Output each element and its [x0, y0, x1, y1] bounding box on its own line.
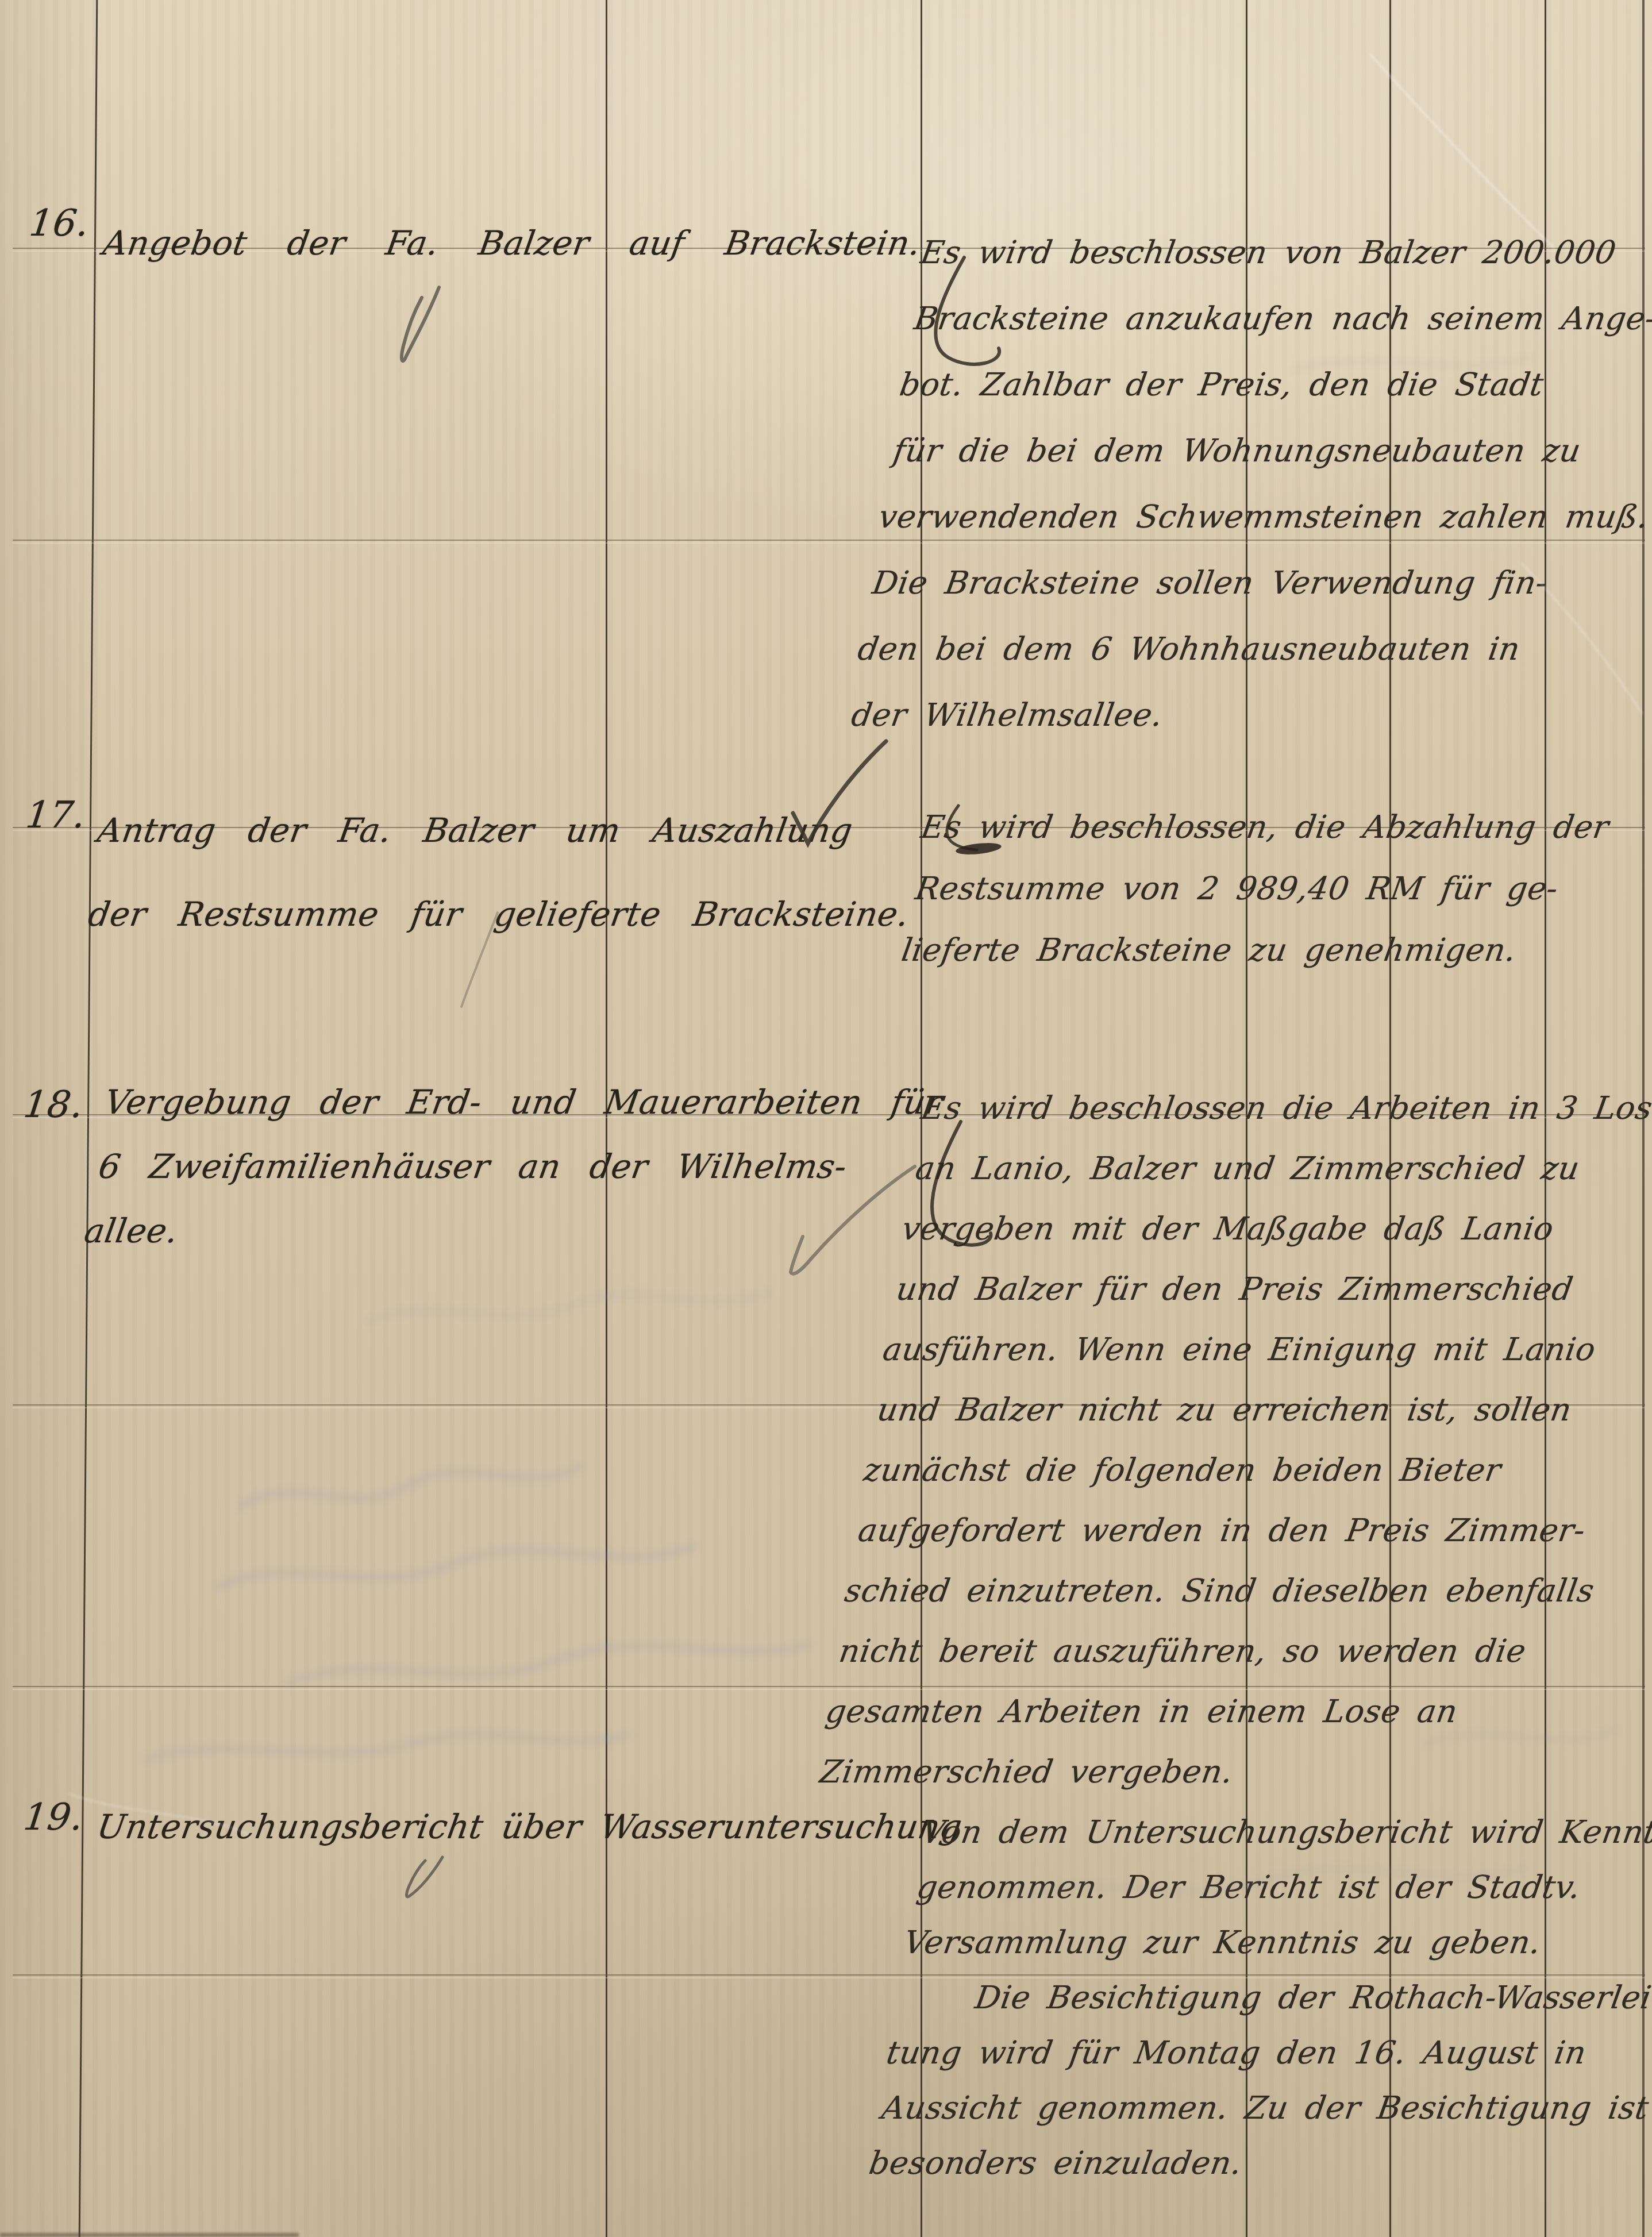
handwritten-line: Die Bracksteine sollen Verwendung fin-	[868, 550, 1595, 616]
handwritten-line: Die Besichtigung der Rothach-Wasserlei-	[895, 1970, 1621, 2025]
handwritten-line: Restsumme von 2 989,40 RM für ge-	[911, 858, 1638, 919]
handwritten-line: gesamten Arbeiten in einem Lose an	[821, 1681, 1552, 1742]
handwritten-line: allee.	[80, 1199, 860, 1263]
handwritten-line: Versammlung zur Kenntnis zu geben.	[900, 1915, 1630, 1970]
handwritten-line: schied einzutreten. Sind dieselben ebenf…	[840, 1561, 1571, 1621]
handwritten-line: ausführen. Wenn eine Einigung mit Lanio	[879, 1319, 1609, 1380]
handwritten-line: verwendenden Schwemmsteinen zahlen muß.	[874, 484, 1605, 550]
handwritten-line: nicht bereit auszuführen, so werden die	[835, 1621, 1562, 1681]
handwritten-line: Von dem Untersuchungsbericht wird Kenntn…	[918, 1804, 1647, 1859]
handwritten-line: Untersuchungsbericht über Wasseruntersuc…	[91, 1789, 770, 1864]
entry-17-number: 17.	[24, 794, 88, 837]
handwritten-line: aufgefordert werden in den Preis Zimmer-	[854, 1500, 1581, 1561]
handwritten-line: der Restsumme für gelieferte Bracksteine…	[82, 872, 856, 956]
handwritten-line: Zimmerschied vergeben.	[815, 1742, 1542, 1802]
handwritten-line: tung wird für Montag den 16. August in	[883, 2025, 1612, 2080]
handwritten-line: genommen. Der Bericht ist der Stadtv.	[913, 1859, 1639, 1915]
handwritten-line: den bei dem 6 Wohnhausneubauten in	[853, 616, 1585, 682]
handwritten-line: Es wird beschlossen, die Abzahlung der	[917, 796, 1647, 858]
handwritten-line: und Balzer für den Preis Zimmerschied	[892, 1259, 1619, 1319]
page-bottom-edge	[0, 2233, 299, 2237]
handwritten-line: bot. Zahlbar der Preis, den die Stadt	[895, 352, 1626, 418]
handwritten-line: Antrag der Fa. Balzer um Auszahlung	[91, 788, 869, 872]
handwritten-line: und Balzer nicht zu erreichen ist, solle…	[873, 1380, 1600, 1440]
handwritten-ledger-page: 16. Angebot der Fa. Balzer auf Brackstei…	[0, 0, 1652, 2237]
handwritten-line: für die bei dem Wohnungsneubauten zu	[888, 418, 1616, 484]
handwritten-line: an Lanio, Balzer und Zimmerschied zu	[911, 1138, 1638, 1199]
entry-17-subject: Antrag der Fa. Balzer um Auszahlungder R…	[78, 788, 869, 956]
entry-16-resolution: Es wird beschlossen von Balzer 200.000Br…	[842, 220, 1647, 748]
handwritten-line: Es wird beschlossen die Arbeiten in 3 Lo…	[917, 1078, 1647, 1138]
entry-19-number: 19.	[21, 1796, 86, 1839]
entry-17-resolution: Es wird beschlossen, die Abzahlung derRe…	[897, 796, 1647, 981]
entry-18-number: 18.	[21, 1084, 86, 1126]
entry-19-subject: Untersuchungsbericht über Wasseruntersuc…	[91, 1789, 770, 1864]
handwritten-line: besonders einzuladen.	[865, 2135, 1595, 2190]
entry-16-number: 16.	[27, 202, 91, 245]
handwritten-line: Aussicht genommen. Zu der Besichtigung i…	[878, 2080, 1604, 2135]
entry-18-resolution: Es wird beschlossen die Arbeiten in 3 Lo…	[811, 1078, 1647, 1802]
handwritten-line: lieferte Bracksteine zu genehmigen.	[897, 919, 1628, 981]
handwritten-line: Bracksteine anzukaufen nach seinem Ange-	[910, 286, 1637, 352]
handwritten-line: 6 Zweifamilienhäuser an der Wilhelms-	[94, 1134, 871, 1199]
check-mark-entry-16	[402, 287, 439, 361]
handwritten-line: vergeben mit der Maßgabe daß Lanio	[898, 1199, 1628, 1259]
handwritten-line: Angebot der Fa. Balzer auf Brackstein.	[97, 200, 915, 286]
handwritten-line: zunächst die folgenden beiden Bieter	[860, 1440, 1591, 1500]
handwritten-line: Es wird beschlossen von Balzer 200.000	[916, 220, 1647, 286]
entry-18-subject: Vergebung der Erd- und Mauerarbeiten für…	[80, 1070, 880, 1263]
entry-19-resolution: Von dem Untersuchungsbericht wird Kenntn…	[865, 1804, 1647, 2190]
handwritten-line: Vergebung der Erd- und Mauerarbeiten für	[100, 1070, 880, 1134]
handwritten-line: der Wilhelmsallee.	[846, 682, 1574, 748]
entry-16-subject: Angebot der Fa. Balzer auf Brackstein.	[97, 200, 915, 286]
